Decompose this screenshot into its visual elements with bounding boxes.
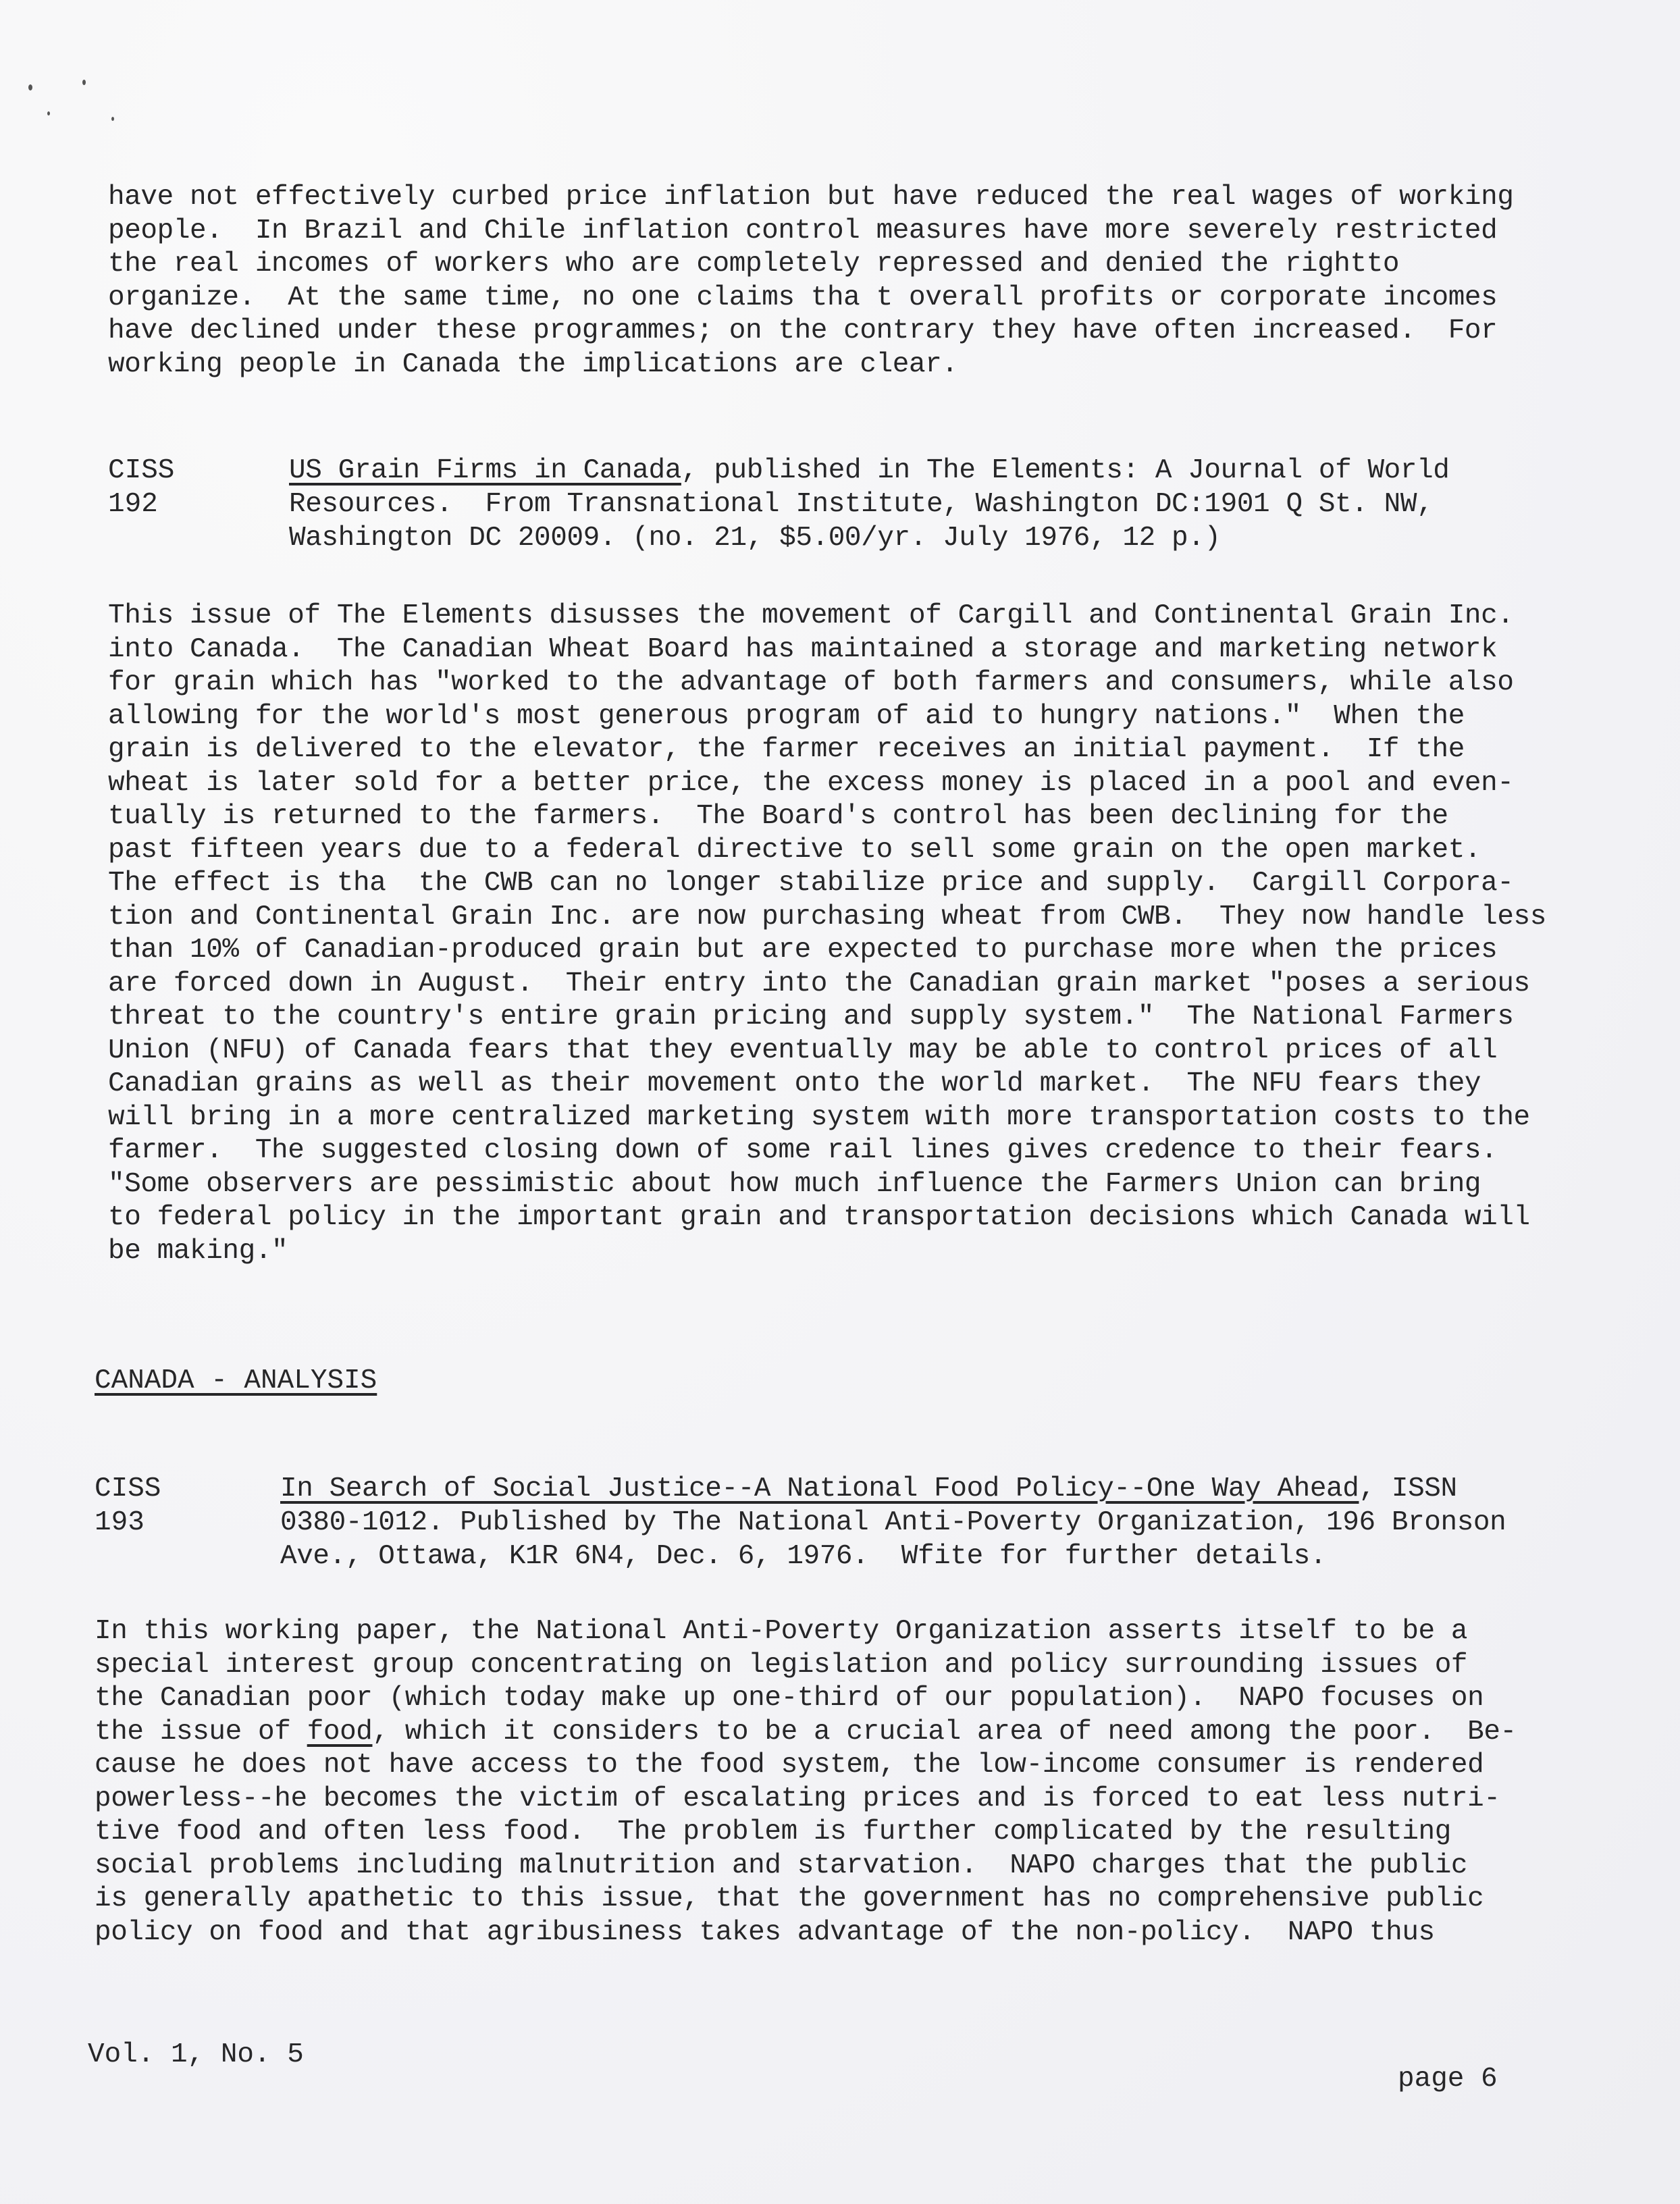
text-line: is generally apathetic to this issue, th… <box>95 1883 1517 1916</box>
entry-summary-192: This issue of The Elements disusses the … <box>108 600 1546 1268</box>
intro-paragraph: have not effectively curbed price inflat… <box>108 181 1514 382</box>
text-line: Union (NFU) of Canada fears that they ev… <box>108 1034 1546 1068</box>
text-line: to federal policy in the important grain… <box>108 1201 1546 1235</box>
text-line: The effect is tha the CWB can no longer … <box>108 867 1546 901</box>
paper-speck <box>47 111 50 115</box>
text-line: past fifteen years due to a federal dire… <box>108 834 1546 868</box>
text-line: grain is delivered to the elevator, the … <box>108 733 1546 767</box>
paper-speck <box>28 84 32 90</box>
entry-code-label: CISS <box>95 1473 161 1504</box>
text-line: be making." <box>108 1235 1546 1269</box>
text-line: the real incomes of workers who are comp… <box>108 248 1514 282</box>
text-line: wheat is later sold for a better price, … <box>108 767 1546 801</box>
text-line: In this working paper, the National Anti… <box>95 1615 1517 1649</box>
citation-text: , published in The Elements: A Journal o… <box>681 455 1450 486</box>
text-line: have not effectively curbed price inflat… <box>108 181 1514 215</box>
text-line: are forced down in August. Their entry i… <box>108 968 1546 1001</box>
section-heading: CANADA - ANALYSIS <box>95 1364 377 1398</box>
entry-code-193: CISS 193 <box>95 1472 161 1540</box>
text-line: threat to the country's entire grain pri… <box>108 1001 1546 1034</box>
text-line: into Canada. The Canadian Wheat Board ha… <box>108 633 1546 667</box>
text-line: social problems including malnutrition a… <box>95 1849 1517 1883</box>
citation-text: Ave., Ottawa, K1R 6N4, Dec. 6, 1976. Wfi… <box>280 1540 1506 1573</box>
text-line: "Some observers are pessimistic about ho… <box>108 1168 1546 1202</box>
text-line: organize. At the same time, no one claim… <box>108 282 1514 315</box>
text-line: the Canadian poor (which today make up o… <box>95 1682 1517 1716</box>
emphasized-word: food <box>307 1716 373 1748</box>
text-line: policy on food and that agribusiness tak… <box>95 1916 1517 1950</box>
text-line: tive food and often less food. The probl… <box>95 1816 1517 1849</box>
entry-summary-193: In this working paper, the National Anti… <box>95 1615 1517 1949</box>
entry-code-number: 192 <box>108 489 158 520</box>
text-line: special interest group concentrating on … <box>95 1649 1517 1683</box>
text-fragment: , which it considers to be a crucial are… <box>372 1716 1516 1748</box>
entry-code-label: CISS <box>108 455 174 486</box>
text-line: the issue of food, which it considers to… <box>95 1716 1517 1750</box>
citation-text: , ISSN <box>1359 1473 1456 1504</box>
entry-title: In Search of Social Justice--A National … <box>280 1473 1359 1504</box>
entry-code-192: CISS 192 <box>108 454 174 521</box>
text-line: tually is returned to the farmers. The B… <box>108 800 1546 834</box>
text-line: for grain which has "worked to the advan… <box>108 666 1546 700</box>
citation-text: Washington DC 20009. (no. 21, $5.00/yr. … <box>289 521 1450 555</box>
citation-text: 0380-1012. Published by The National Ant… <box>280 1506 1506 1540</box>
entry-title: US Grain Firms in Canada <box>289 455 681 486</box>
text-line: have declined under these programmes; on… <box>108 315 1514 348</box>
text-line: powerless--he becomes the victim of esca… <box>95 1783 1517 1816</box>
text-line: than 10% of Canadian-produced grain but … <box>108 934 1546 968</box>
text-line: This issue of The Elements disusses the … <box>108 600 1546 633</box>
text-line: allowing for the world's most generous p… <box>108 700 1546 734</box>
citation-text: Resources. From Transnational Institute,… <box>289 488 1450 521</box>
text-line: working people in Canada the implication… <box>108 348 1514 382</box>
footer-volume: Vol. 1, No. 5 <box>88 2039 304 2070</box>
entry-citation-193: In Search of Social Justice--A National … <box>280 1472 1506 1573</box>
footer-page-number: page 6 <box>1398 2064 1498 2095</box>
entry-citation-192: US Grain Firms in Canada, published in T… <box>289 454 1450 555</box>
text-line: people. In Brazil and Chile inflation co… <box>108 215 1514 248</box>
paper-speck <box>111 117 114 121</box>
text-line: will bring in a more centralized marketi… <box>108 1101 1546 1135</box>
text-line: Canadian grains as well as their movemen… <box>108 1068 1546 1101</box>
text-line: farmer. The suggested closing down of so… <box>108 1134 1546 1168</box>
text-fragment: the issue of <box>95 1716 307 1748</box>
paper-speck <box>82 80 86 85</box>
entry-code-number: 193 <box>95 1507 145 1538</box>
text-line: cause he does not have access to the foo… <box>95 1749 1517 1783</box>
text-line: tion and Continental Grain Inc. are now … <box>108 901 1546 935</box>
